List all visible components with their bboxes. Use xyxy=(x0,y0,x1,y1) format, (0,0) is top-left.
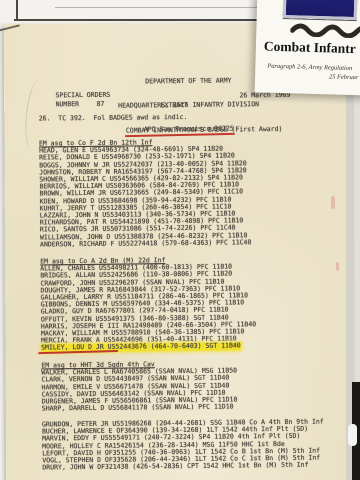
roster-group-misc: GRUNDON, PETER JR US51986268 (204-44-268… xyxy=(42,419,324,472)
orders-number-value: 87 xyxy=(97,100,105,108)
scanned-document-photo: DEPARTMENT OF THE ARMY HEADQUARTERS, 25t… xyxy=(0,0,360,480)
roster-group-co-f: EM asg to Co F 2d Bn 12th InfHEAD, GLEN … xyxy=(39,138,251,248)
highlighted-roster-line: SMILEY, LOU D JR US52443676 (464-70-6403… xyxy=(41,343,241,352)
roster-line: ANDERSON, RICHARD F US52274418 (579-68-4… xyxy=(40,239,251,248)
roster-line: DRURY, JOHN W OF321438 (426-54-2836) CPT… xyxy=(42,462,324,472)
combat-infantryman-card: Combat Infantr Paragraph 2-6, Army Regul… xyxy=(255,0,360,96)
roster-group-co-a: EM asg to Co A 2d Bn (M) 22d InfALLEN, C… xyxy=(40,256,256,352)
roster-group-hht: EM asg to HHT 3d Sqdn 4th CavWALKER, CHA… xyxy=(41,360,237,412)
combat-infantryman-badge-image xyxy=(283,0,358,20)
extract-label: EXTRACT xyxy=(161,101,188,109)
paragraph-intro: 26. TC 392. Fol BADGES awd as indic. xyxy=(39,113,188,123)
card-caption-line: 25 Februar xyxy=(329,73,358,81)
roster-line: SHARP, DARRELL D US56841178 (SSAN NVAL) … xyxy=(42,404,238,413)
letterhead-line: HEADQUARTERS, 25th INFANTRY DIVISION xyxy=(89,100,289,110)
special-orders-label: SPECIAL ORDERS xyxy=(55,91,110,100)
card-caption-line: Paragraph 2-6, Army Regulation xyxy=(267,63,352,72)
card-title: Combat Infantr xyxy=(264,39,356,58)
orders-number-label: NUMBER xyxy=(56,100,80,108)
wreath-decoration xyxy=(290,20,360,38)
